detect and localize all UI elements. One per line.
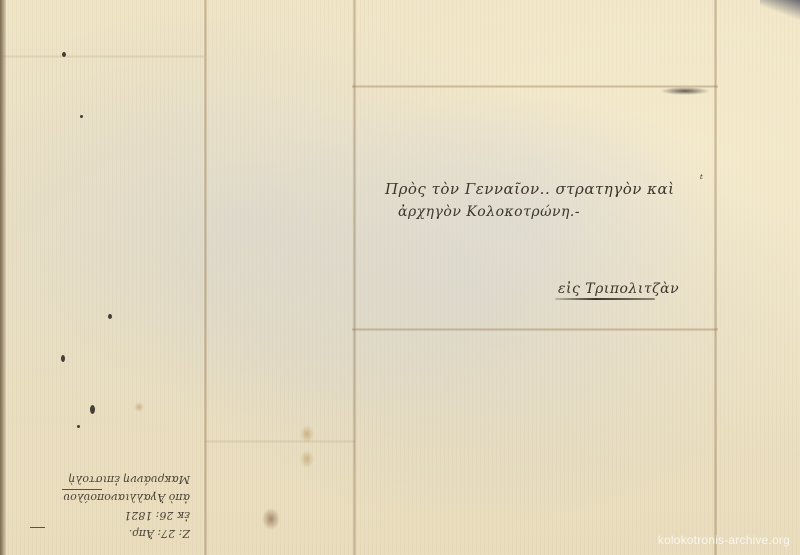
foxing-stain <box>134 402 144 412</box>
foxing-stain <box>300 450 314 468</box>
vertical-fold-line <box>204 0 207 555</box>
foxing-stain <box>300 425 314 443</box>
foxing-stain <box>262 508 280 530</box>
paper-left-edge <box>0 0 6 555</box>
address-line-2: ἀρχηγὸν Κολοκοτρώνη.- <box>398 204 580 220</box>
ink-spot <box>80 115 83 118</box>
superscript-mark: ᵗ <box>700 172 703 186</box>
archive-watermark: kolokotronis-archive.org <box>658 533 790 547</box>
ink-spot <box>108 314 112 319</box>
ink-spot <box>77 425 80 428</box>
ink-spot <box>61 355 65 362</box>
ink-spot <box>90 405 95 414</box>
horizontal-fold-line <box>205 440 355 443</box>
docket-rule <box>62 489 102 490</box>
ink-spot <box>62 52 66 57</box>
signature-flourish <box>555 298 655 300</box>
docket-notes: Ζ: 27: Ἀπρ. ἐκ 26: 1821 ἀπὸ Ἀγαλλιανοπού… <box>40 470 190 542</box>
docket-line: Μακρυάννη ἐπιστολὴ <box>40 470 190 488</box>
docket-rule <box>30 527 45 528</box>
ink-smudge <box>660 87 710 95</box>
docket-line: Ζ: 27: Ἀπρ. <box>40 524 190 542</box>
docket-line: ἀπὸ Ἀγαλλιανοπούλου <box>40 488 190 506</box>
docket-line: ἐκ 26: 1821 <box>40 506 190 524</box>
horizontal-fold-line <box>0 55 204 58</box>
document-scan: Πρὸς τὸν Γενναῖον.. στρατηγὸν καὶ ᵗ ἀρχη… <box>0 0 800 555</box>
signature-destination: εἰς Τριπολιτζὰν <box>558 281 679 297</box>
address-line-1: Πρὸς τὸν Γενναῖον.. στρατηγὸν καὶ <box>385 180 674 198</box>
paper-torn-corner <box>760 0 800 20</box>
